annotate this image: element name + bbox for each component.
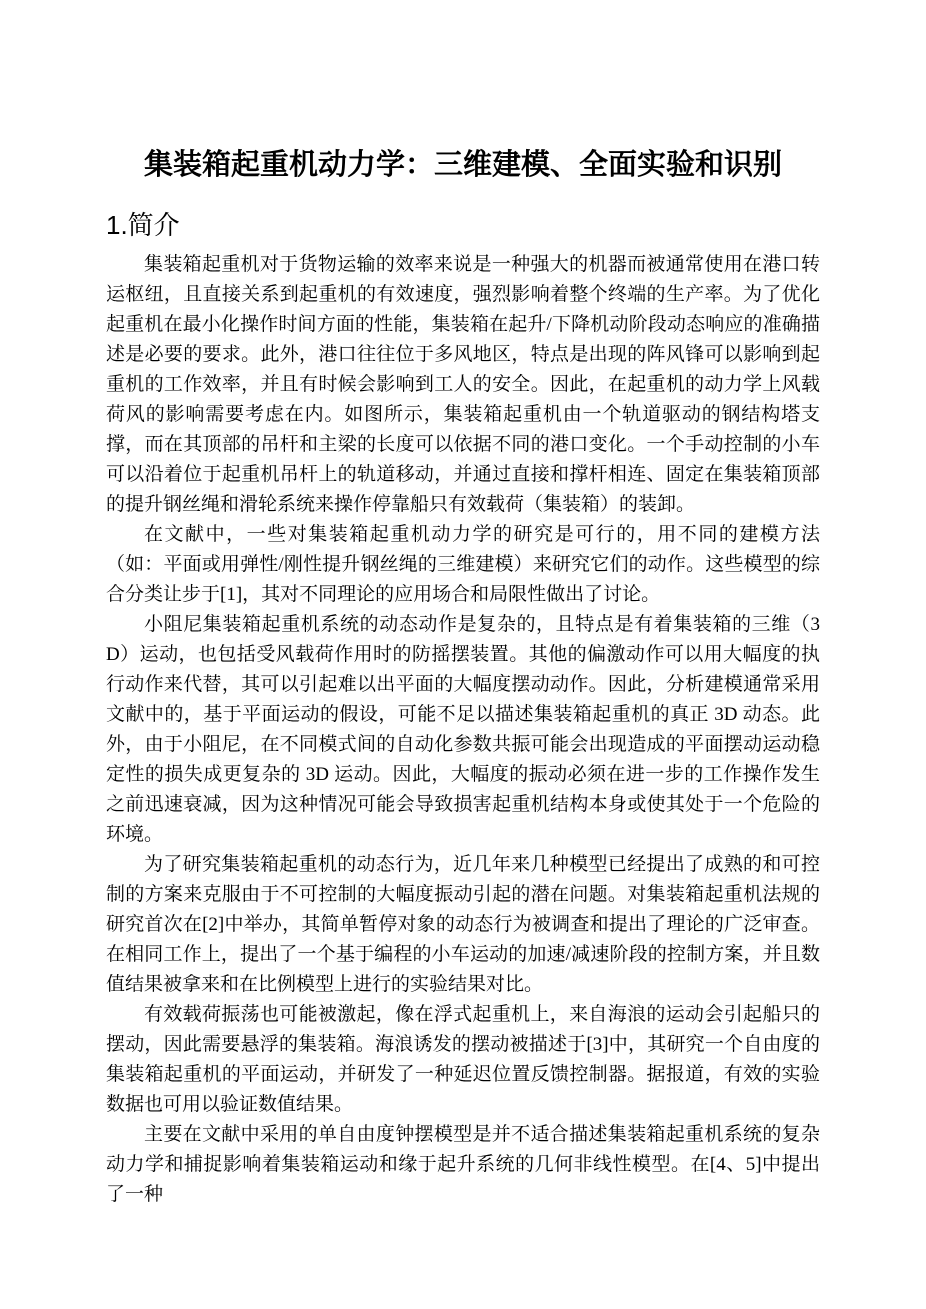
section-heading-introduction: 1.简介 <box>106 208 820 242</box>
section-body: 集装箱起重机对于货物运输的效率来说是一种强大的机器而被通常使用在港口转运枢纽，且… <box>106 250 820 1210</box>
document-page: 集装箱起重机动力学：三维建模、全面实验和识别 1.简介 集装箱起重机对于货物运输… <box>0 0 926 1309</box>
body-paragraph-6: 主要在文献中采用的单自由度钟摆模型是并不适合描述集装箱起重机系统的复杂动力学和捕… <box>106 1120 820 1210</box>
body-paragraph-1: 集装箱起重机对于货物运输的效率来说是一种强大的机器而被通常使用在港口转运枢纽，且… <box>106 250 820 520</box>
body-paragraph-3: 小阻尼集装箱起重机系统的动态动作是复杂的，且特点是有着集装箱的三维（3D）运动，… <box>106 610 820 850</box>
document-title: 集装箱起重机动力学：三维建模、全面实验和识别 <box>106 146 820 184</box>
document-content: 集装箱起重机动力学：三维建模、全面实验和识别 1.简介 集装箱起重机对于货物运输… <box>106 146 820 1210</box>
body-paragraph-2: 在文献中，一些对集装箱起重机动力学的研究是可行的，用不同的建模方法（如：平面或用… <box>106 520 820 610</box>
body-paragraph-4: 为了研究集装箱起重机的动态行为，近几年来几种模型已经提出了成熟的和可控制的方案来… <box>106 850 820 1000</box>
body-paragraph-5: 有效载荷振荡也可能被激起，像在浮式起重机上，来自海浪的运动会引起船只的摆动，因此… <box>106 1000 820 1120</box>
